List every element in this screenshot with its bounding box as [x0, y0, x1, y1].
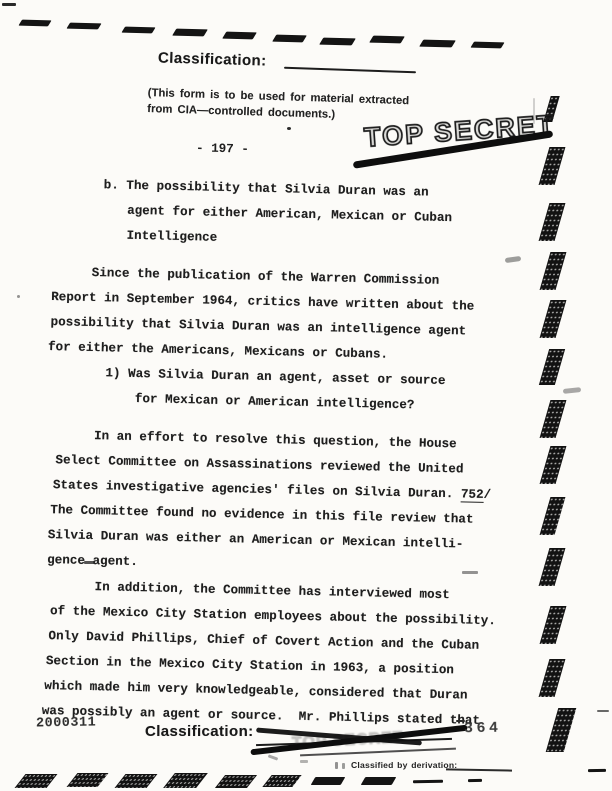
- artifact-mark: [287, 127, 291, 130]
- derivation-label: Classified by derivation:: [351, 760, 457, 770]
- artifact-mark: [456, 720, 465, 722]
- hatch-mark: [172, 29, 208, 37]
- footer-classification-label: Classification:: [145, 723, 254, 740]
- artifact-mark: [597, 710, 609, 712]
- hatch-mark: [539, 203, 566, 241]
- hatch-mark: [539, 548, 566, 586]
- artifact-mark: [84, 561, 95, 564]
- page-stamp-number: 364: [464, 720, 502, 738]
- hatch-mark: [540, 400, 567, 438]
- page-number: - 197 -: [196, 142, 249, 157]
- hatch-mark: [539, 659, 566, 697]
- hatch-mark: [15, 774, 58, 788]
- hatch-mark: [588, 769, 606, 772]
- artifact-mark: [342, 763, 345, 769]
- typed-body: b. The possibility that Silvia Duran was…: [37, 172, 539, 735]
- artifact-mark: [563, 387, 581, 394]
- hatch-mark: [66, 23, 101, 30]
- artifact-mark: [268, 754, 278, 760]
- hatch-mark: [470, 42, 504, 49]
- hatch-mark: [419, 40, 456, 48]
- artifact-mark: [462, 571, 478, 574]
- hatch-mark: [361, 777, 397, 785]
- artifact-mark: [335, 762, 338, 769]
- hatch-mark: [67, 773, 109, 787]
- typed-line-text: /: [483, 488, 491, 502]
- scanned-document-page: Classification: (This form is to be used…: [0, 0, 612, 791]
- hatch-mark: [272, 35, 307, 43]
- hatch-mark: [262, 775, 301, 787]
- artifact-mark: [17, 295, 20, 298]
- classification-blank-line: [284, 67, 416, 74]
- hatch-mark: [540, 446, 567, 484]
- document-number-stamp: 2000311: [36, 715, 96, 731]
- hatch-mark: [468, 779, 482, 782]
- artifact-mark: [2, 3, 16, 6]
- footnote-ref: 752: [461, 487, 484, 503]
- typed-line-text: States investigative agencies' files on …: [53, 478, 461, 501]
- hatch-mark: [319, 38, 356, 46]
- hatch-mark: [540, 497, 566, 535]
- artifact-mark: [533, 98, 535, 124]
- hatch-mark: [546, 708, 577, 752]
- hatch-mark: [369, 36, 405, 44]
- hatch-mark: [540, 252, 567, 290]
- hatch-mark: [215, 775, 257, 788]
- hatch-mark: [539, 147, 566, 185]
- hatch-mark: [115, 774, 158, 788]
- artifact-mark: [300, 760, 308, 763]
- classification-label: Classification:: [158, 49, 267, 69]
- hatch-mark: [18, 20, 51, 27]
- hatch-mark: [539, 349, 565, 385]
- derivation-blank-line: [446, 768, 512, 771]
- hatch-mark: [121, 27, 155, 34]
- hatch-mark: [413, 780, 443, 784]
- hatch-mark: [540, 606, 567, 644]
- hatch-mark: [540, 300, 567, 338]
- hatch-mark: [311, 777, 346, 785]
- hatch-mark: [163, 773, 208, 788]
- hatch-mark: [222, 32, 257, 40]
